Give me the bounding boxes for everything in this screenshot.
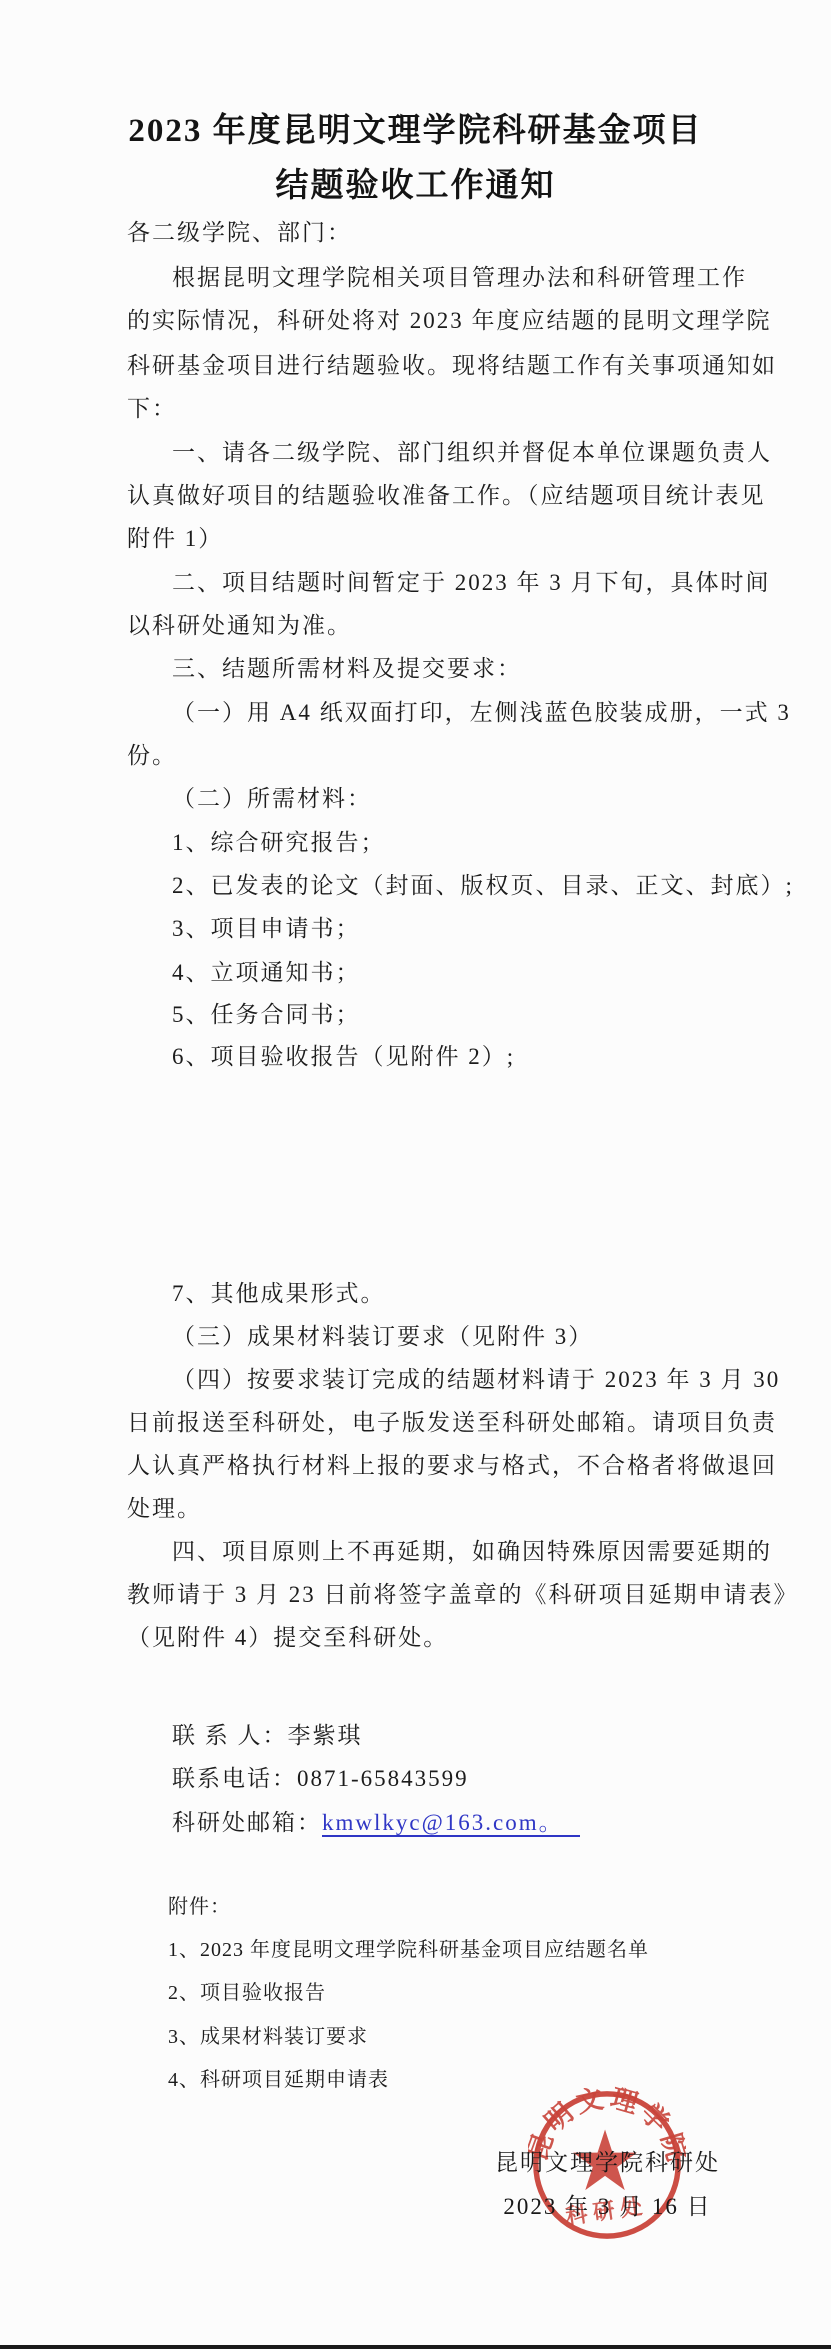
body-line-item-1: 一、请各二级学院、部门组织并督促本单位课题负责人 <box>172 431 772 474</box>
body-line-item-4: 四、项目原则上不再延期，如确因特殊原因需要延期的 <box>172 1530 772 1573</box>
attachment-item: 2、项目验收报告 <box>168 1972 326 2015</box>
email-link[interactable]: kmwlkyc@163.com。 <box>322 1810 580 1837</box>
material-list-item: 1、综合研究报告； <box>172 821 386 864</box>
page-title-line1: 2023 年度昆明文理学院科研基金项目 <box>0 104 831 151</box>
attachment-item: 1、2023 年度昆明文理学院科研基金项目应结题名单 <box>168 1929 649 1972</box>
body-line: （一）用 A4 纸双面打印，左侧浅蓝色胶装成册，一式 3 <box>172 691 791 734</box>
material-list-item: 5、任务合同书； <box>172 993 361 1036</box>
body-line: （见附件 4）提交至科研处。 <box>127 1616 448 1659</box>
body-line-item-3: 三、结题所需材料及提交要求： <box>172 647 522 690</box>
notice-document-page: 2023 年度昆明文理学院科研基金项目 结题验收工作通知 各二级学院、部门： 根… <box>0 0 831 2349</box>
material-list-item: 4、立项通知书； <box>172 951 361 994</box>
material-list-item: 2、已发表的论文（封面、版权页、目录、正文、封底）; <box>172 864 794 907</box>
attachment-item: 4、科研项目延期申请表 <box>168 2059 389 2102</box>
contact-phone-line: 联系电话：0871-65843599 <box>172 1757 469 1800</box>
body-line: 下： <box>127 387 177 430</box>
salutation: 各二级学院、部门： <box>127 211 352 254</box>
body-line-item-2: 二、项目结题时间暂定于 2023 年 3 月下旬，具体时间 <box>172 561 771 604</box>
body-line: 人认真严格执行材料上报的要求与格式，不合格者将做退回 <box>127 1444 777 1487</box>
body-line: 以科研处通知为准。 <box>127 604 352 647</box>
contact-email-line: 科研处邮箱：kmwlkyc@163.com。 <box>172 1801 580 1844</box>
bottom-edge-bar <box>0 2345 831 2349</box>
body-line: 日前报送至科研处，电子版发送至科研处邮箱。请项目负责 <box>127 1401 777 1444</box>
signature-org: 昆明文理学院科研处 <box>455 2141 760 2185</box>
body-line: 根据昆明文理学院相关项目管理办法和科研管理工作 <box>172 256 747 299</box>
contact-person-line: 联 系 人：李紫琪 <box>172 1714 363 1757</box>
body-line: 的实际情况，科研处将对 2023 年度应结题的昆明文理学院 <box>127 299 772 342</box>
body-line: （三）成果材料装订要求（见附件 3） <box>172 1315 593 1358</box>
body-line: （二）所需材料： <box>172 777 372 820</box>
material-list-item: 7、其他成果形式。 <box>172 1272 386 1315</box>
attachment-item: 3、成果材料装订要求 <box>168 2016 368 2059</box>
signature-date: 2023 年 3 月 16 日 <box>455 2185 760 2229</box>
material-list-item: 3、项目申请书； <box>172 907 361 950</box>
body-line: 教师请于 3 月 23 日前将签字盖章的《科研项目延期申请表》 <box>127 1573 799 1616</box>
body-line: 份。 <box>127 734 177 777</box>
email-label: 科研处邮箱： <box>172 1810 322 1835</box>
body-line: 科研基金项目进行结题验收。现将结题工作有关事项通知如 <box>127 344 777 387</box>
body-line: 处理。 <box>127 1487 202 1530</box>
material-list-item: 6、项目验收报告（见附件 2）; <box>172 1035 515 1078</box>
attachments-header: 附件： <box>168 1886 231 1929</box>
body-line: 附件 1） <box>127 517 223 560</box>
body-line: （四）按要求装订完成的结题材料请于 2023 年 3 月 30 <box>172 1358 780 1401</box>
page-title-line2: 结题验收工作通知 <box>0 159 831 206</box>
body-line: 认真做好项目的结题验收准备工作。（应结题项目统计表见 <box>127 474 766 517</box>
